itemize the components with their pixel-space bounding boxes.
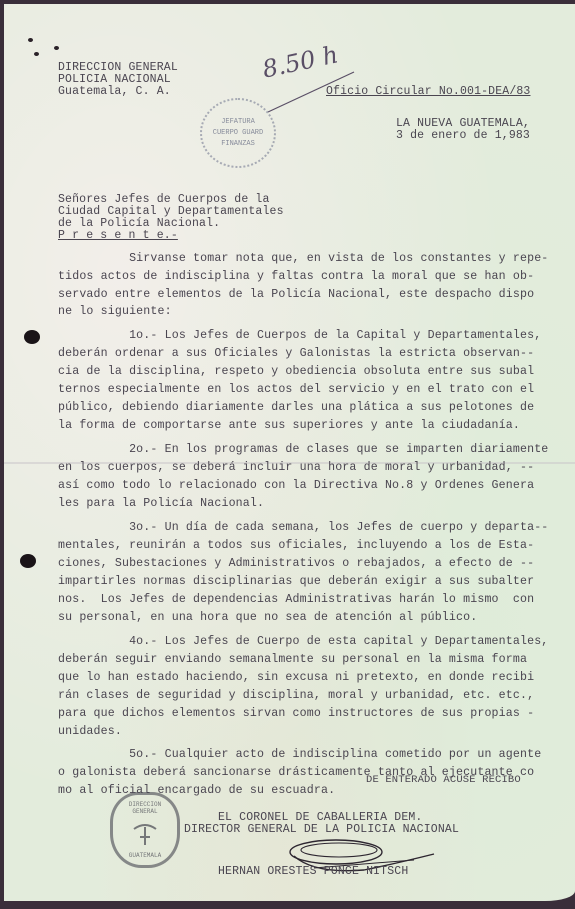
body-line: Sirvanse tomar nota que, en vista de los… [58,250,548,267]
punch-hole [24,330,40,344]
body-line: que lo han estado haciendo, sin excusa n… [58,669,534,686]
presente-salutation: P r e s e n t e.- [58,230,178,242]
body-line: ciones, Subestaciones y Administrativos … [58,555,534,572]
body-line: les para la Policía Nacional. [58,495,264,512]
body-line: en los cuerpos, se deberá incluir una ho… [58,459,534,476]
body-line: 1o.- Los Jefes de Cuerpos de la Capital … [58,327,541,344]
letterhead-line-3: Guatemala, C. A. [58,86,171,98]
seal-bottom-text: GUATEMALA [129,852,161,859]
body-line: servado entre elementos de la Policía Na… [58,286,534,303]
body-line: así como todo lo relacionado con la Dire… [58,477,534,494]
body-line: su personal, en una hora que no sea de a… [58,609,477,626]
stamp-line: JEFATURA [221,117,255,128]
document-page: DIRECCION GENERAL POLICIA NACIONAL Guate… [4,4,575,901]
body-line: ne lo siguiente: [58,303,172,320]
stamp-line: FINANZAS [221,139,255,150]
body-line: nos. Los Jefes de dependencias Administr… [58,591,534,608]
body-line: deberán ordenar a sus Oficiales y Galoni… [58,345,534,362]
body-line: la forma de comportarse ante sus superio… [58,417,520,434]
body-line: para que dichos elementos sirvan como in… [58,705,534,722]
official-seal: DIRECCION GENERAL GUATEMALA [110,792,180,868]
signatory-name: HERNAN ORESTES PONCE NITSCH [218,866,408,878]
body-line: 5o.- Cualquier acto de indisciplina come… [58,746,541,763]
body-line: unidades. [58,723,122,740]
body-line: impartirles normas disciplinarias que de… [58,573,534,590]
body-line: público, debiendo diariamente darles una… [58,399,534,416]
reception-stamp: JEFATURA CUERPO GUARD FINANZAS [200,98,276,168]
body-line: ternos especialmente en los actos del se… [58,381,534,398]
body-line: tidos actos de indisciplina y faltas con… [58,268,534,285]
body-line: cia de la disciplina, respeto y obedienc… [58,363,534,380]
acknowledge-receipt-note: DE ENTERADO ACUSE RECIBO [366,772,521,789]
body-line: rán clases de seguridad y disciplina, mo… [58,687,534,704]
circular-reference: Oficio Circular No.001-DEA/83 [326,86,530,98]
staple-mark [54,46,59,50]
body-line: deberán seguir enviando semanalmente su … [58,651,527,668]
seal-top-text: DIRECCION GENERAL [115,801,175,815]
body-line: 3o.- Un día de cada semana, los Jefes de… [58,519,548,536]
staple-mark [34,52,39,56]
body-line: mo al oficial encargado de su escuadra. [58,782,335,799]
punch-hole [20,554,36,568]
eagle-emblem-icon [130,819,160,849]
body-line: mentales, reunirán a todos sus oficiales… [58,537,534,554]
stamp-line: CUERPO GUARD [213,128,263,139]
staple-mark [28,38,33,42]
date: 3 de enero de 1,983 [396,130,530,142]
body-line: 4o.- Los Jefes de Cuerpo de esta capital… [58,633,548,650]
body-line: 2o.- En los programas de clases que se i… [58,441,548,458]
